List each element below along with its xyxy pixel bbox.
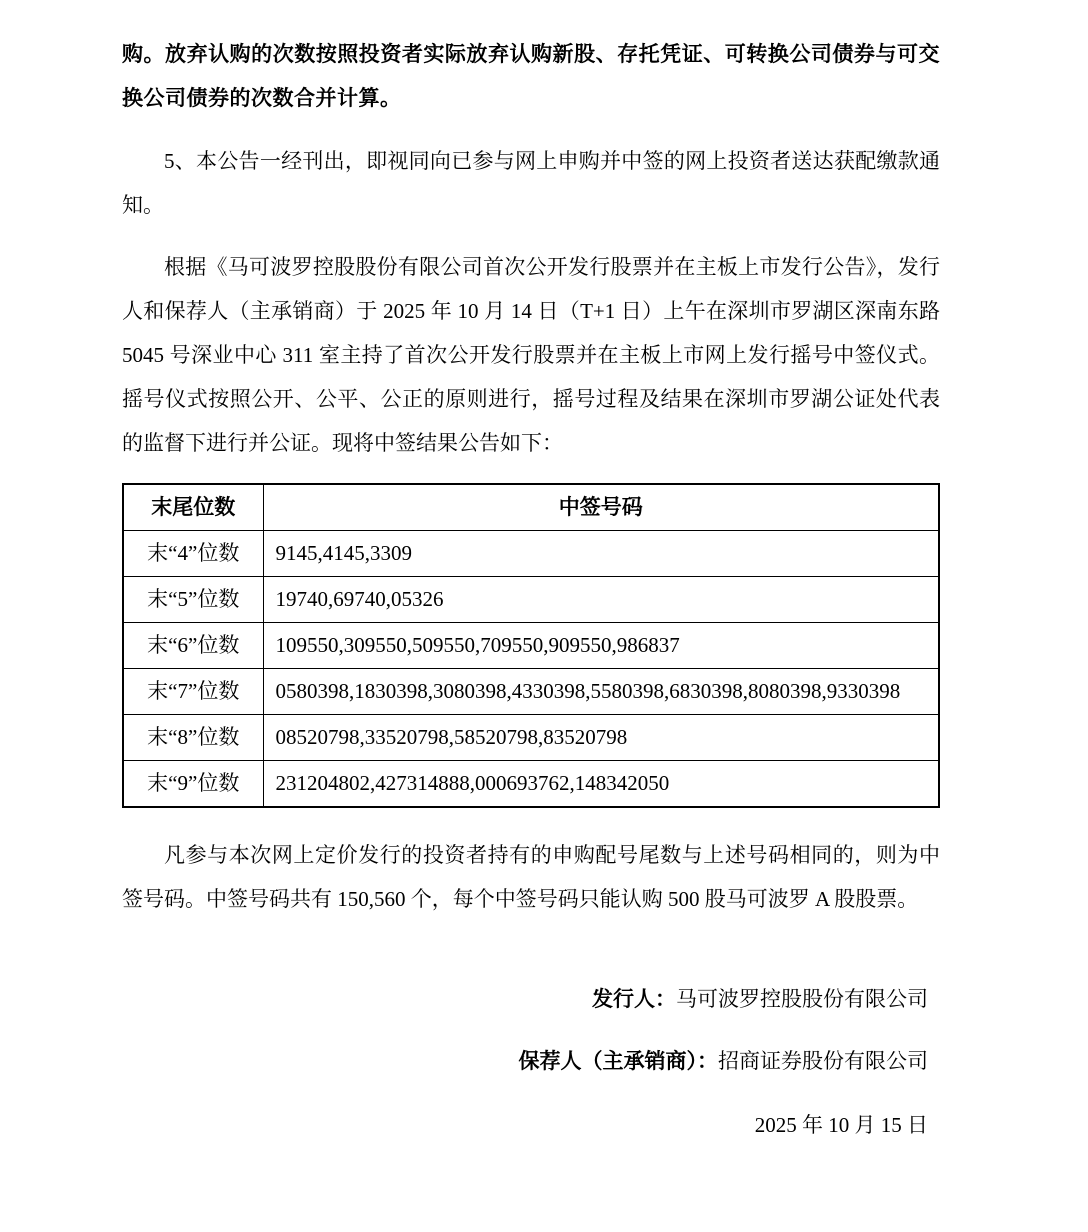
- lottery-number-table: 末尾位数 中签号码 末“4”位数 9145,4145,3309 末“5”位数 1…: [122, 483, 940, 808]
- digits-cell: 末“7”位数: [123, 669, 263, 715]
- table-row: 末“6”位数 109550,309550,509550,709550,90955…: [123, 623, 939, 669]
- notice-paragraph: 5、本公告一经刊出，即视同向已参与网上申购并中签的网上投资者送达获配缴款通知。: [122, 139, 940, 227]
- table-row: 末“7”位数 0580398,1830398,3080398,4330398,5…: [123, 669, 939, 715]
- numbers-cell: 9145,4145,3309: [263, 531, 939, 577]
- numbers-cell: 109550,309550,509550,709550,909550,98683…: [263, 623, 939, 669]
- digits-cell: 末“4”位数: [123, 531, 263, 577]
- digits-cell: 末“8”位数: [123, 715, 263, 761]
- continuation-paragraph: 购。放弃认购的次数按照投资者实际放弃认购新股、存托凭证、可转换公司债券与可交换公…: [122, 33, 940, 121]
- sponsor-line: 保荐人（主承销商）：招商证券股份有限公司: [122, 1039, 940, 1083]
- digits-cell: 末“9”位数: [123, 761, 263, 808]
- issuer-name: 马可波罗控股股份有限公司: [676, 987, 928, 1011]
- digits-cell: 末“6”位数: [123, 623, 263, 669]
- numbers-cell: 231204802,427314888,000693762,148342050: [263, 761, 939, 808]
- table-row: 末“4”位数 9145,4145,3309: [123, 531, 939, 577]
- numbers-cell: 19740,69740,05326: [263, 577, 939, 623]
- sponsor-name: 招商证券股份有限公司: [718, 1049, 928, 1073]
- ceremony-paragraph: 根据《马可波罗控股股份有限公司首次公开发行股票并在主板上市发行公告》，发行人和保…: [122, 245, 940, 465]
- sponsor-label: 保荐人（主承销商）：: [519, 1049, 719, 1073]
- table-row: 末“8”位数 08520798,33520798,58520798,835207…: [123, 715, 939, 761]
- issuer-label: 发行人：: [592, 987, 676, 1011]
- announcement-page: 购。放弃认购的次数按照投资者实际放弃认购新股、存托凭证、可转换公司债券与可交换公…: [0, 0, 1088, 1232]
- table-header-row: 末尾位数 中签号码: [123, 484, 939, 531]
- issuer-line: 发行人：马可波罗控股股份有限公司: [122, 977, 940, 1021]
- header-digits: 末尾位数: [123, 484, 263, 531]
- result-paragraph: 凡参与本次网上定价发行的投资者持有的申购配号尾数与上述号码相同的，则为中签号码。…: [122, 833, 940, 921]
- table-row: 末“5”位数 19740,69740,05326: [123, 577, 939, 623]
- signature-block: 发行人：马可波罗控股股份有限公司 保荐人（主承销商）：招商证券股份有限公司 20…: [122, 977, 940, 1147]
- date-line: 2025 年 10 月 15 日: [122, 1103, 940, 1147]
- header-numbers: 中签号码: [263, 484, 939, 531]
- numbers-cell: 0580398,1830398,3080398,4330398,5580398,…: [263, 669, 939, 715]
- digits-cell: 末“5”位数: [123, 577, 263, 623]
- numbers-cell: 08520798,33520798,58520798,83520798: [263, 715, 939, 761]
- table-row: 末“9”位数 231204802,427314888,000693762,148…: [123, 761, 939, 808]
